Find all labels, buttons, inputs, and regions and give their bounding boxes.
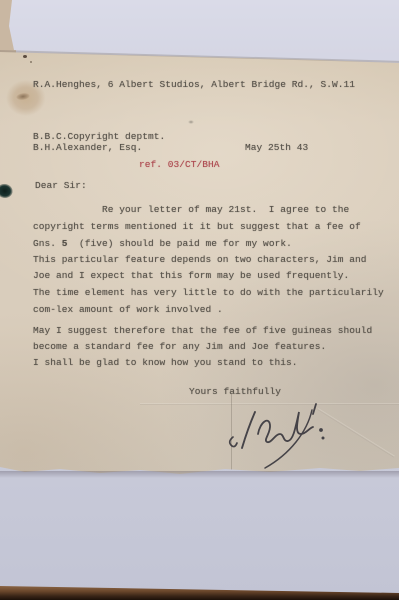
salutation: Dear Sir: bbox=[35, 180, 87, 192]
date-line: May 25th 43 bbox=[245, 142, 308, 154]
fee-post: (five) should be paid me for my work. bbox=[68, 238, 292, 249]
sender-address-line: R.A.Henghes, 6 Albert Studios, Albert Br… bbox=[33, 79, 355, 91]
body-line: May I suggest therefore that the fee of … bbox=[33, 325, 372, 337]
body-line: Re your letter of may 21st. I agree to t… bbox=[102, 204, 349, 216]
body-line: Joe and I expect that this form may be u… bbox=[33, 270, 349, 282]
body-line-fee: Gns. 5 (five) should be paid me for my w… bbox=[33, 238, 292, 250]
letter-paper: R.A.Henghes, 6 Albert Studios, Albert Br… bbox=[0, 0, 399, 480]
body-line: I shall be glad to know how you stand to… bbox=[33, 357, 298, 369]
ink-speck bbox=[30, 61, 32, 63]
body-line: become a standard fee for any Jim and Jo… bbox=[33, 341, 326, 353]
table-edge bbox=[0, 584, 399, 600]
typed-smudge bbox=[188, 120, 194, 124]
paper-bottom-shadow bbox=[0, 471, 399, 478]
letter-photograph: R.A.Henghes, 6 Albert Studios, Albert Br… bbox=[0, 0, 399, 600]
body-line: The time element has very little to do w… bbox=[33, 287, 384, 299]
body-line: This particular feature depends on two c… bbox=[33, 254, 367, 266]
body-line: com-lex amount of work involved . bbox=[33, 304, 223, 316]
recipient-line: B.H.Alexander, Esq. bbox=[33, 142, 142, 154]
fee-pre: Gns. bbox=[33, 238, 62, 249]
ink-speck bbox=[23, 55, 27, 58]
reference-line: ref. 03/CT/BHA bbox=[139, 159, 220, 171]
body-line: copyright terms mentioned it it but sugg… bbox=[33, 221, 361, 233]
punch-hole bbox=[0, 180, 14, 199]
